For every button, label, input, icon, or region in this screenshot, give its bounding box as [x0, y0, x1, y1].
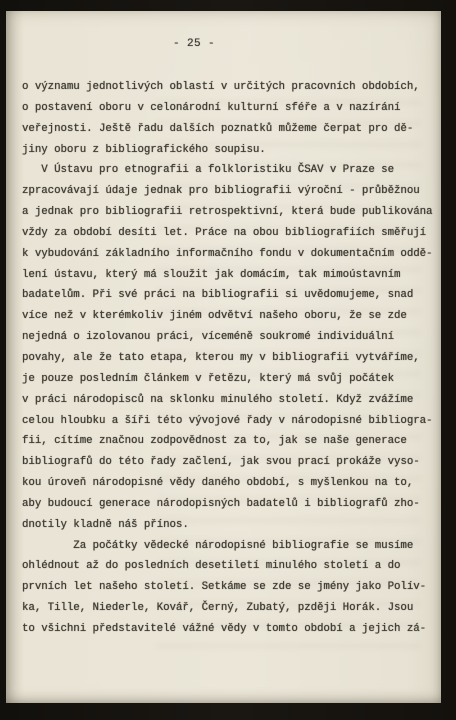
text-line: k vybudování základního informačního fon… [22, 244, 436, 265]
text-line: kou úroveň národopisné vědy daného obdob… [22, 473, 436, 494]
text-line: povahy, ale že tato etapa, kterou my v b… [22, 348, 436, 369]
text-line: je pouze posledním článkem v řetězu, kte… [22, 369, 436, 390]
text-line: a jednak pro bibliografii retrospektivní… [22, 202, 436, 223]
text-line: fii, cítíme značnou zodpovědnost za to, … [22, 431, 436, 452]
text-line: dnotily kladně náš přínos. [22, 515, 436, 536]
scanned-book-page: - 25 - o významu jednotlivých oblastí v … [0, 0, 456, 720]
text-line: ohlédnout až do posledních desetiletí mi… [22, 556, 436, 577]
text-line: nejedná o izolovanou práci, víceméně sou… [22, 327, 436, 348]
paper: - 25 - o významu jednotlivých oblastí v … [6, 11, 441, 703]
text-line: veřejnosti. Ještě řadu dalších poznatků … [22, 119, 436, 140]
page-number: - 25 - [166, 38, 222, 50]
text-line: lení ústavu, který má sloužit jak domácí… [22, 265, 436, 286]
text-line: to všichni představitelé vážné vědy v to… [22, 619, 436, 640]
text-line: více než v kterémkoliv jiném odvětví naš… [22, 306, 436, 327]
text-line: v práci národopisců na sklonku minulého … [22, 390, 436, 411]
text-line: vždy za období desíti let. Práce na obou… [22, 223, 436, 244]
text-line: aby budoucí generace národopisných badat… [22, 494, 436, 515]
text-line: badatelům. Při své práci na bibliografii… [22, 285, 436, 306]
text-line: celou hloubku a šíři této vývojové řady … [22, 411, 436, 432]
text-line: bibliografů do této řady začlení, jak sv… [22, 452, 436, 473]
text-line: o významu jednotlivých oblastí v určitýc… [22, 77, 436, 98]
body-text: o významu jednotlivých oblastí v určitýc… [22, 77, 436, 640]
text-line: ka, Tille, Niederle, Kovář, Černý, Zubat… [22, 598, 436, 619]
text-line: Za počátky vědecké národopisné bibliogra… [22, 536, 436, 557]
text-line: o postavení oboru v celonárodní kulturní… [22, 98, 436, 119]
text-line: jiny oboru z bibliografického soupisu. [22, 140, 436, 161]
text-line: prvních let našeho století. Setkáme se z… [22, 577, 436, 598]
text-line: zpracovávají údaje jednak pro bibliograf… [22, 181, 436, 202]
text-line: V Ústavu pro etnografii a folkloristiku … [22, 160, 436, 181]
